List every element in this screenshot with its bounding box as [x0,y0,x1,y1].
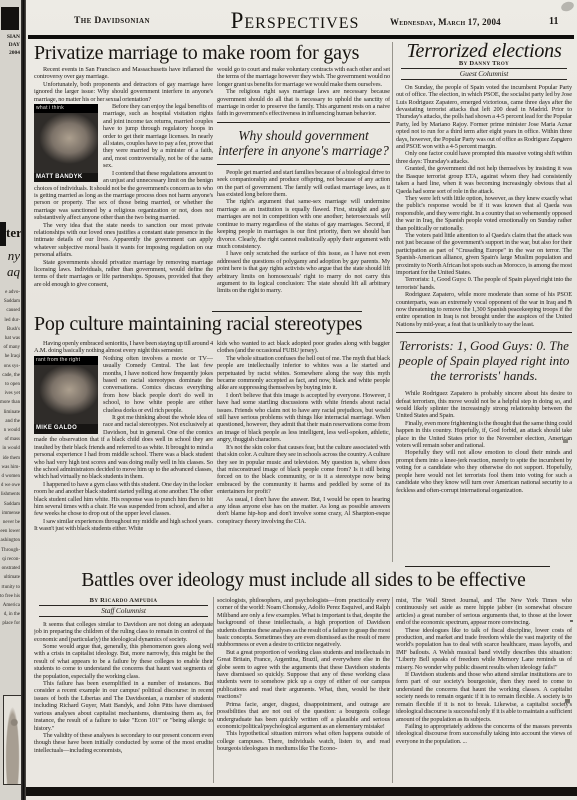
article-paragraph: sociologists, philosophers, and psycholo… [217,597,390,649]
article-paragraph: But a great proportion of working class … [217,649,390,701]
article-paragraph: State governments should privatize marri… [34,259,213,289]
edge-fragment: Saddam [0,500,20,509]
masthead-date: Wednesday, March 17, 2004 [390,17,520,27]
article-paragraph: The very idea that the state needs to sa… [34,222,213,259]
masthead-rule [28,35,574,39]
marriage-column-1: Recent events in San Francisco and Massa… [34,66,213,308]
facing-headline-fragment: aq [0,264,20,280]
ideology-column-3: mist, The Wall Street Journal, and The N… [396,597,572,785]
edge-fragment: qi recon- [0,555,20,564]
article-paragraph: They were left with little option, howev… [396,195,572,232]
byline-author: By Danny Troy [459,60,509,67]
masthead-section-title: PERSPECTIVES [225,8,365,34]
article-paragraph: Some would argue that, generally, this p… [34,643,213,680]
article-paragraph: People get married and start families be… [217,169,390,199]
facing-page-edge: SIANDAY2004 ter ny aq e advo-Saddamcause… [0,0,21,800]
edge-fragment: he Iraqi [0,352,20,361]
ideology-col3: mist, The Wall Street Journal, and The N… [396,597,572,745]
column-rule [392,42,393,562]
article-paragraph: The voters paid little attention to al Q… [396,232,572,276]
edge-fragment: ultimate [0,573,20,582]
edge-fragment: d, in the [0,610,20,619]
edge-fragment: to open [0,380,20,389]
photo-author-name: MIKE GALDO [34,424,98,433]
article-paragraph: Terrorists: 1, Good Guys: 0. The people … [396,276,572,291]
article-paragraph: Unfortunately, both proponents and detra… [34,81,213,103]
edge-fragment: in would [0,444,20,453]
article-paragraph: Finally, even more frightening is the th… [396,420,572,450]
column-rule [392,597,393,783]
marriage-col1-intro: Recent events in San Francisco and Massa… [34,66,213,103]
marriage-column-2: would go to court and make voluntary con… [217,66,390,312]
article-paragraph: kids who wanted to act black adopted poo… [217,340,390,355]
author-photo-box: what i think MATT BANDYK [34,104,98,182]
article-paragraph: I saw similar experiences throughout my … [34,518,213,533]
facing-headline-fragment: ny [0,248,20,264]
column-rule [213,597,214,783]
facing-headline-fragment: ter [6,221,21,245]
article-paragraph: The religious right says marriage laws a… [217,88,390,118]
byline-author: By Ricardo Ampudia [90,597,158,604]
edge-fragment: Through- [0,546,20,555]
article-paragraph: While Rodriguez Zapatero is probably sin… [396,390,572,420]
elections-paras-top: On Sunday, the people of Spain voted the… [396,84,572,328]
edge-fragment: Saddam [0,297,20,306]
edge-fragment: of many [0,343,20,352]
author-photo-box: rant from the right MIKE GALDO [34,356,98,434]
marriage-col2-bottom: People get married and start families be… [217,169,390,295]
article-paragraph: would go to court and make voluntary con… [217,66,390,88]
article-paragraph: I have only scratched the surface of thi… [217,250,390,294]
article-paragraph: This failure has been exemplified in a n… [34,680,213,732]
spine-line: DAY [0,41,20,49]
edge-fragment: to free his [0,592,20,601]
masthead-paper-name: The Davidsonian [74,16,150,26]
edge-fragment: cade, the [0,371,20,380]
byline-ideology: By Ricardo Ampudia Staff Columnist [34,597,213,617]
article-paragraph: Rodriguez Zapatero, while more moderate … [396,291,572,328]
author-photo [34,113,98,172]
marriage-col2-top: would go to court and make voluntary con… [217,66,390,118]
article-paragraph: Hopefully they will not allow emotion to… [396,449,572,493]
edge-fragment: lishments [0,490,20,499]
facing-page-text-fragments: e advo-Saddamcausedled dur-Bush'shat was… [0,288,20,629]
scan-smudge [560,0,575,13]
article-paragraph: Granted, the government did not help the… [396,165,572,195]
article-paragraph: On Sunday, the people of Spain voted the… [396,84,572,151]
photo-kicker: what i think [34,104,98,113]
article-separator-rule [405,566,550,567]
article-paragraph: I happened to have a gym class with this… [34,481,213,518]
spine-line: SIAN [0,33,20,41]
article-paragraph: Failing to appropriately address the con… [396,723,572,745]
byline-role: Guest Columnist [401,68,566,79]
headline-battles-ideology: Battles over ideology must include all s… [30,570,577,592]
spine-text: SIANDAY2004 [0,33,20,57]
edge-fragment: never be [0,518,20,527]
author-photo [34,365,98,424]
pull-quote-marriage: Why should government interfere in anyon… [217,122,390,165]
article-paragraph: It's not the skin color that causes fear… [217,444,390,496]
edge-fragment: een lower [0,527,20,536]
byline-role: Staff Columnist [39,605,207,616]
spine-line: 2004 [0,49,20,57]
edge-fragment: n would [0,426,20,435]
edge-fragment: caused [0,306,20,315]
pull-quote-elections: Terrorists: 1, Good Guys: 0. The people … [396,332,572,388]
article-paragraph: Having openly embraced senioritis, I hav… [34,340,213,355]
edge-fragment: ives yet [0,389,20,398]
headline-privatize-marriage: Privatize marriage to make room for gays [34,42,359,65]
edge-fragment: liminate [0,408,20,417]
edge-fragment: ons sys- [0,362,20,371]
newspaper-page: SIANDAY2004 ter ny aq e advo-Saddamcause… [0,0,577,800]
edge-fragment: immense [0,509,20,518]
facing-page-cartoon [3,695,21,785]
article-paragraph: If Davidson students and those who atten… [396,671,572,723]
edge-fragment: hat was [0,334,20,343]
edge-fragment: Bush's [0,325,20,334]
ideology-column-2: sociologists, philosophers, and psycholo… [217,597,390,785]
edge-fragment: onstrated [0,564,20,573]
ideology-column-1: By Ricardo Ampudia Staff Columnist It se… [34,597,213,785]
photo-kicker: rant from the right [34,356,98,365]
edge-fragment: d women [0,472,20,481]
article-paragraph: The whole situation confuses the hell ou… [217,355,390,392]
edge-fragment: and the [0,417,20,426]
page-fold-line [21,0,26,800]
article-paragraph: mist, The Wall Street Journal, and The N… [396,597,572,627]
article-paragraph: I don't believe that this image is accep… [217,392,390,444]
article-paragraph: The right's argument that same-sex marri… [217,198,390,250]
elections-paras-bottom: While Rodriguez Zapatero is probably sin… [396,390,572,494]
scan-specks [560,140,563,142]
popculture-column-1: Having openly embraced senioritis, I hav… [34,340,213,562]
edge-fragment: place for [0,619,20,628]
article-separator-rule [212,311,362,312]
article-paragraph: The validity of these analyses is second… [34,732,213,754]
ideology-col1: It seems that colleges similar to Davids… [34,621,213,754]
elections-column: By Danny Troy Guest Columnist On Sunday,… [396,60,572,562]
facing-page-photo [2,72,21,152]
article-paragraph: It seems that colleges similar to Davids… [34,621,213,643]
edge-fragment: more than [0,398,20,407]
edge-fragment: rtunity to [0,583,20,592]
article-paragraph: This hypothetical situation mirrors what… [217,730,390,752]
edge-fragment: was him- [0,463,20,472]
edge-fragment: America [0,601,20,610]
page-number: 11 [549,16,558,27]
photo-author-name: MATT BANDYK [34,173,98,182]
article-paragraph: Only one factor could have prompted this… [396,150,572,165]
edge-fragment: led dur- [0,316,20,325]
page-bottom-scan-bar [26,787,577,796]
article-paragraph: Recent events in San Francisco and Massa… [34,66,213,81]
edge-fragment: of mass [0,435,20,444]
ideology-col2: sociologists, philosophers, and psycholo… [217,597,390,753]
edge-fragment: e advo- [0,288,20,297]
spine-black-box [1,7,19,30]
edge-fragment: ide them [0,454,20,463]
headline-pop-culture: Pop culture maintaining racial stereotyp… [34,313,362,336]
edge-fragment: ashington [0,536,20,545]
article-paragraph: As usual, I don't have the answer. But, … [217,496,390,526]
popculture-col2: kids who wanted to act black adopted poo… [217,340,390,525]
popculture-column-2: kids who wanted to act black adopted poo… [217,340,390,562]
popculture-col1-intro: Having openly embraced senioritis, I hav… [34,340,213,355]
edge-fragment: d we owe [0,481,20,490]
article-paragraph: Prima facie, anger, disgust, disappointm… [217,701,390,731]
byline-elections: By Danny Troy Guest Columnist [396,60,572,80]
article-paragraph: These ideologues like to talk of fiscal … [396,627,572,671]
